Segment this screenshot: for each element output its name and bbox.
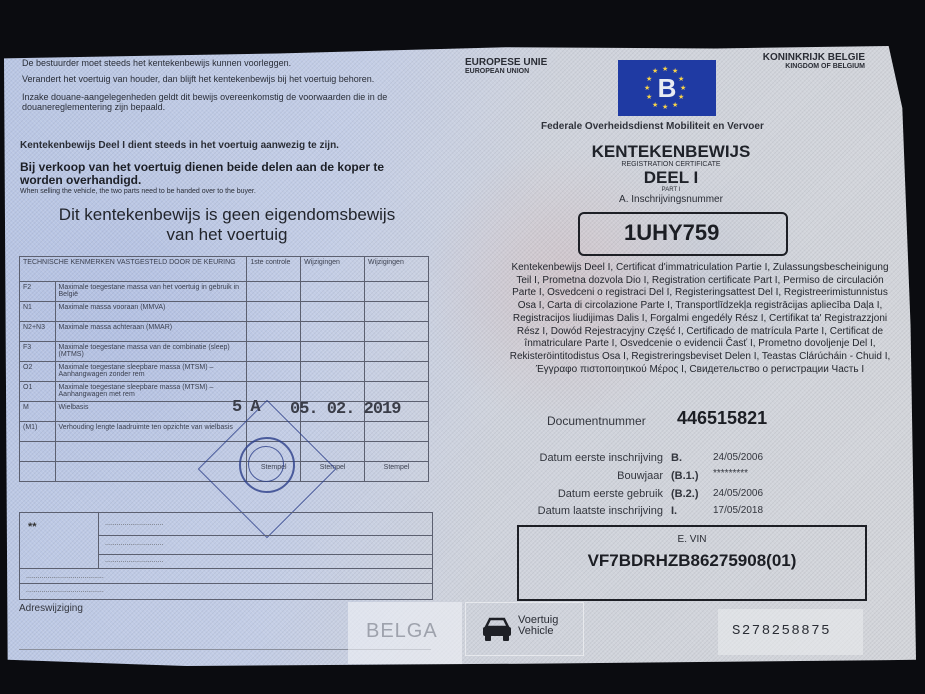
field-label: Datum eerste gebruik — [500, 488, 663, 500]
note-owner-change: Verandert het voertuig van houder, dan b… — [22, 74, 442, 84]
field-label: Datum eerste inschrijving — [500, 452, 663, 464]
stamp-inner-circle — [248, 446, 284, 482]
table-row: F2Maximale toegestane massa van het voer… — [20, 282, 429, 302]
field-value-build-year: ********* — [713, 468, 748, 479]
row-desc: Wielbasis — [55, 402, 247, 422]
dotted-line: .............................. — [105, 557, 163, 564]
row-code: M — [20, 402, 56, 422]
certificate-title: KENTEKENBEWIJS — [560, 143, 782, 161]
plate-label: A. Inschrijvingsnummer — [560, 194, 782, 206]
car-icon — [480, 615, 514, 643]
row-code: F2 — [20, 282, 56, 302]
ownership-disclaimer: Dit kentekenbewijs is geen eigendomsbewi… — [20, 205, 434, 245]
note-sale-line2: worden overhandigd. — [20, 174, 450, 187]
cell — [365, 382, 429, 402]
header-changes-2: Wijzigingen — [365, 257, 429, 282]
cell — [247, 322, 301, 342]
stamp-label-3: Stempel — [365, 462, 429, 482]
table-row: (M1)Verhouding lengte laadruimte ten opz… — [20, 422, 429, 442]
note-present-document: De bestuurder moet steeds het kentekenbe… — [22, 58, 442, 68]
field-value-last-registration: 17/05/2018 — [713, 505, 763, 516]
country-letter: B — [618, 74, 716, 102]
header-first-check: 1ste controle — [247, 257, 301, 282]
table-row: O1Maximale toegestane sleepbare massa (M… — [20, 382, 429, 402]
row-code: O1 — [20, 382, 56, 402]
serial-number: S278258875 — [732, 623, 831, 639]
star-icon: ★ — [652, 102, 658, 109]
star-icon: ★ — [662, 66, 668, 73]
cell — [365, 342, 429, 362]
header-title: TECHNISCHE KENMERKEN VASTGESTELD DOOR DE… — [20, 257, 247, 282]
note-sale: Bij verkoop van het voertuig dienen beid… — [20, 161, 450, 187]
cell — [20, 462, 56, 482]
row-desc: Maximale toegestane massa van het voertu… — [55, 282, 247, 302]
eu-label: EUROPESE UNIE EUROPEAN UNION — [465, 57, 547, 75]
note-sale-english: When selling the vehicle, the two parts … — [20, 188, 256, 195]
ownership-line2: van het voertuig — [20, 225, 434, 245]
document-number-label: Documentnummer — [547, 414, 646, 428]
cell — [247, 342, 301, 362]
row-desc: Maximale massa achteraan (MMAR) — [55, 322, 247, 342]
dotted-line: ........................................ — [26, 587, 104, 594]
star-icon: ★ — [672, 102, 678, 109]
cell — [365, 362, 429, 382]
asterisks: ** — [28, 521, 37, 533]
field-value-first-use: 24/05/2006 — [713, 488, 763, 499]
cell — [365, 422, 429, 442]
serial-box: S278258875 — [718, 609, 863, 655]
vehicle-label-en: Vehicle — [518, 626, 558, 637]
row-desc: Verhouding lengte laadruimte ten opzicht… — [55, 422, 247, 442]
cell — [301, 342, 365, 362]
dotted-line: .............................. — [105, 540, 163, 547]
row-code: (M1) — [20, 422, 56, 442]
cell — [365, 302, 429, 322]
certificate-part: DEEL I — [560, 169, 782, 187]
divider — [20, 583, 432, 584]
field-code: B. — [671, 452, 682, 464]
cell — [301, 322, 365, 342]
row-desc: Maximale toegestane sleepbare massa (MTS… — [55, 362, 247, 382]
eu-belgium-flag: ★ ★ ★ ★ ★ ★ ★ ★ ★ ★ ★ ★ B — [618, 60, 716, 116]
kingdom-label-en: KINGDOM OF BELGIUM — [743, 63, 865, 70]
belga-watermark: BELGA — [366, 620, 438, 643]
table-row: O2Maximale toegestane sleepbare massa (M… — [20, 362, 429, 382]
divider — [98, 535, 432, 536]
star-icon: ★ — [662, 104, 668, 111]
row-code: F3 — [20, 342, 56, 362]
row-desc: Maximale toegestane sleepbare massa (MTS… — [55, 382, 247, 402]
cell — [365, 322, 429, 342]
note-customs: Inzake douane-aangelegenheden geldt dit … — [22, 92, 442, 112]
address-change-label: Adreswijziging — [19, 603, 83, 614]
table-row: N1Maximale massa vooraan (MMVA) — [20, 302, 429, 322]
vehicle-badge: Voertuig Vehicle — [465, 602, 584, 656]
table-header: TECHNISCHE KENMERKEN VASTGESTELD DOOR DE… — [20, 257, 429, 282]
row-code: N1 — [20, 302, 56, 322]
cell — [301, 362, 365, 382]
cell — [301, 382, 365, 402]
certificate-title-block: KENTEKENBEWIJS REGISTRATION CERTIFICATE … — [560, 143, 782, 206]
plate-box: 1UHY759 — [578, 212, 788, 256]
cell — [365, 442, 429, 462]
divider — [98, 554, 432, 555]
vehicle-label: Voertuig Vehicle — [518, 615, 558, 637]
multilingual-title: Kentekenbewijs Deel I, Certificat d'imma… — [503, 262, 897, 376]
cell — [301, 282, 365, 302]
agency-name: Federale Overheidsdienst Mobiliteit en V… — [541, 121, 764, 132]
left-notes: De bestuurder moet steeds het kentekenbe… — [22, 58, 442, 112]
divider — [98, 513, 99, 568]
row-code: O2 — [20, 362, 56, 382]
vin-number: VF7BDRHZB86275908(01) — [519, 551, 865, 571]
cell — [247, 282, 301, 302]
field-code: I. — [671, 505, 677, 517]
note-part1-in-vehicle: Kentekenbewijs Deel I dient steeds in he… — [20, 140, 339, 151]
field-label: Datum laatste inschrijving — [500, 505, 663, 517]
row-desc: Maximale toegestane massa van de combina… — [55, 342, 247, 362]
stamp-code: 5 A — [232, 398, 260, 417]
holder-info-box: ** .............................. ......… — [19, 512, 433, 600]
dotted-line: .............................. — [105, 520, 163, 527]
row-code: N2+N3 — [20, 322, 56, 342]
field-label: Bouwjaar — [500, 470, 663, 482]
divider — [20, 568, 432, 569]
cell — [365, 282, 429, 302]
dotted-line: ........................................ — [26, 573, 104, 580]
eu-label-en: EUROPEAN UNION — [465, 68, 547, 75]
kingdom-label: KONINKRIJK BELGIE KINGDOM OF BELGIUM — [743, 52, 865, 70]
eu-label-nl: EUROPESE UNIE — [465, 57, 547, 68]
kingdom-label-nl: KONINKRIJK BELGIE — [743, 52, 865, 63]
row-code — [20, 442, 56, 462]
row-desc: Maximale massa vooraan (MMVA) — [55, 302, 247, 322]
field-code: (B.1.) — [671, 470, 699, 482]
table-row: N2+N3Maximale massa achteraan (MMAR) — [20, 322, 429, 342]
stamp-date: 05. 02. 2019 — [290, 400, 400, 419]
vin-label: E. VIN — [519, 534, 865, 545]
cell — [301, 422, 365, 442]
table-row: F3Maximale toegestane massa van de combi… — [20, 342, 429, 362]
field-value-first-registration: 24/05/2006 — [713, 452, 763, 463]
belga-watermark-box: BELGA — [348, 602, 462, 664]
ownership-line1: Dit kentekenbewijs is geen eigendomsbewi… — [20, 205, 434, 225]
cell — [301, 302, 365, 322]
header-changes-1: Wijzigingen — [301, 257, 365, 282]
cell — [247, 362, 301, 382]
cell — [247, 302, 301, 322]
plate-number: 1UHY759 — [624, 220, 719, 246]
field-code: (B.2.) — [671, 488, 699, 500]
vin-box: E. VIN VF7BDRHZB86275908(01) — [517, 525, 867, 601]
certificate-part-en: PART I — [560, 187, 782, 194]
document-number: 446515821 — [677, 408, 767, 429]
